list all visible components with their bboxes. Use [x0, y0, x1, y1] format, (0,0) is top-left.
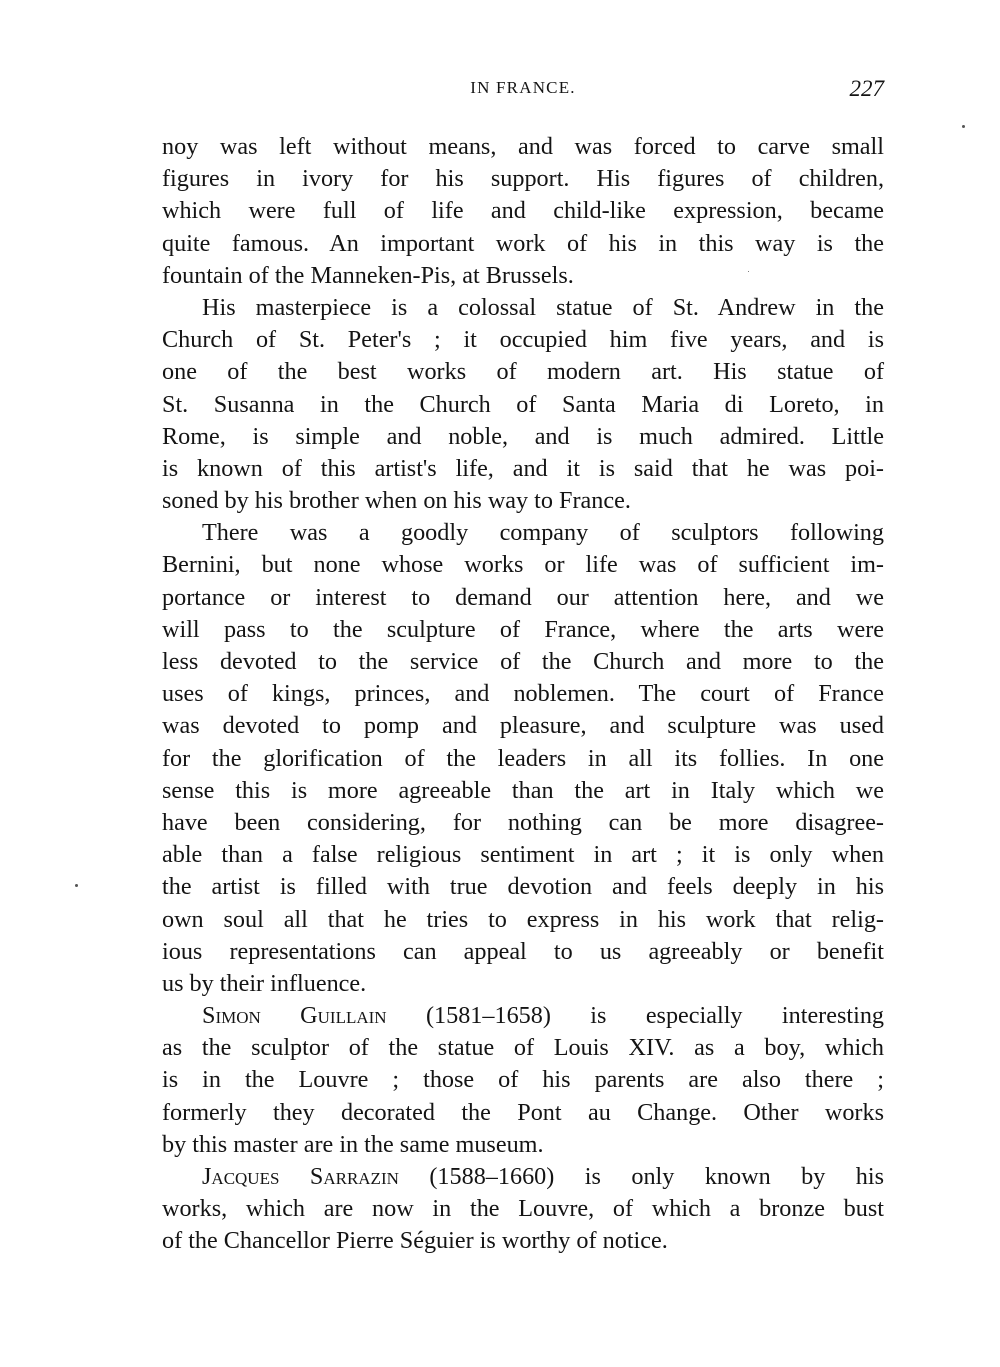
text-line: sense this is more agreeable than the ar…: [162, 775, 884, 807]
text-line: Rome, is simple and noble, and is much a…: [162, 421, 884, 453]
text-line: portance or interest to demand our atten…: [162, 582, 884, 614]
text-line: St. Susanna in the Church of Santa Maria…: [162, 389, 884, 421]
text-line: for the glorification of the leaders in …: [162, 743, 884, 775]
text-line: less devoted to the service of the Churc…: [162, 646, 884, 678]
text-line: as the sculptor of the statue of Louis X…: [162, 1032, 884, 1064]
text-line: have been considering, for nothing can b…: [162, 807, 884, 839]
text-line: ious representations can appeal to us ag…: [162, 936, 884, 968]
paragraph-continuation: noy was left without means, and was forc…: [162, 131, 884, 292]
text-line: His masterpiece is a colossal statue of …: [162, 292, 884, 324]
text-line: figures in ivory for his support. His fi…: [162, 163, 884, 195]
text-line: Jacques Sarrazin (1588–1660) is only kno…: [162, 1161, 884, 1193]
sculptor-dates: (1581–1658): [426, 1002, 551, 1029]
text-line: us by their influence.: [162, 968, 884, 1000]
text-line: works, which are now in the Louvre, of w…: [162, 1193, 884, 1225]
text-line: soned by his brother when on his way to …: [162, 485, 884, 517]
book-page: IN FRANCE. 227 noy was left without mean…: [0, 0, 1000, 1367]
page-number: 227: [850, 76, 885, 102]
text-line: will pass to the sculpture of France, wh…: [162, 614, 884, 646]
text-line: quite famous. An important work of his i…: [162, 228, 884, 260]
text-line: by this master are in the same museum.: [162, 1129, 884, 1161]
text-fragment: is especially interesting: [590, 1002, 884, 1029]
text-line: which were full of life and child-like e…: [162, 195, 884, 227]
text-line: Simon Guillain (1581–1658) is especially…: [162, 1000, 884, 1032]
text-line: noy was left without means, and was forc…: [162, 131, 884, 163]
text-line: the artist is filled with true devotion …: [162, 871, 884, 903]
paragraph-sculpture-of-france: There was a goodly company of sculptors …: [162, 517, 884, 1000]
text-line: one of the best works of modern art. His…: [162, 356, 884, 388]
text-line: able than a false religious sentiment in…: [162, 839, 884, 871]
sculptor-name: Jacques Sarrazin: [202, 1163, 399, 1190]
text-line: own soul all that he tries to express in…: [162, 904, 884, 936]
text-line: There was a goodly company of sculptors …: [162, 517, 884, 549]
scan-speck: [962, 125, 965, 128]
running-title: IN FRANCE.: [162, 78, 884, 98]
paragraph-jacques-sarrazin: Jacques Sarrazin (1588–1660) is only kno…: [162, 1161, 884, 1258]
paragraph-simon-guillain: Simon Guillain (1581–1658) is especially…: [162, 1000, 884, 1161]
running-head: IN FRANCE. 227: [162, 76, 884, 106]
text-line: uses of kings, princes, and noblemen. Th…: [162, 678, 884, 710]
sculptor-dates: (1588–1660): [429, 1163, 554, 1190]
body-text: noy was left without means, and was forc…: [162, 131, 884, 1258]
text-line: fountain of the Manneken-Pis, at Brussel…: [162, 260, 884, 292]
text-line: Church of St. Peter's ; it occupied him …: [162, 324, 884, 356]
text-fragment: is only known by his: [585, 1163, 884, 1190]
text-line: of the Chancellor Pierre Séguier is wort…: [162, 1225, 884, 1257]
text-line: was devoted to pomp and pleasure, and sc…: [162, 710, 884, 742]
text-line: Bernini, but none whose works or life wa…: [162, 549, 884, 581]
scan-speck: [75, 884, 78, 887]
paragraph-masterpiece: His masterpiece is a colossal statue of …: [162, 292, 884, 517]
scan-speck: [748, 271, 749, 272]
text-line: is in the Louvre ; those of his parents …: [162, 1064, 884, 1096]
sculptor-name: Simon Guillain: [202, 1002, 387, 1029]
text-line: is known of this artist's life, and it i…: [162, 453, 884, 485]
text-line: formerly they decorated the Pont au Chan…: [162, 1097, 884, 1129]
